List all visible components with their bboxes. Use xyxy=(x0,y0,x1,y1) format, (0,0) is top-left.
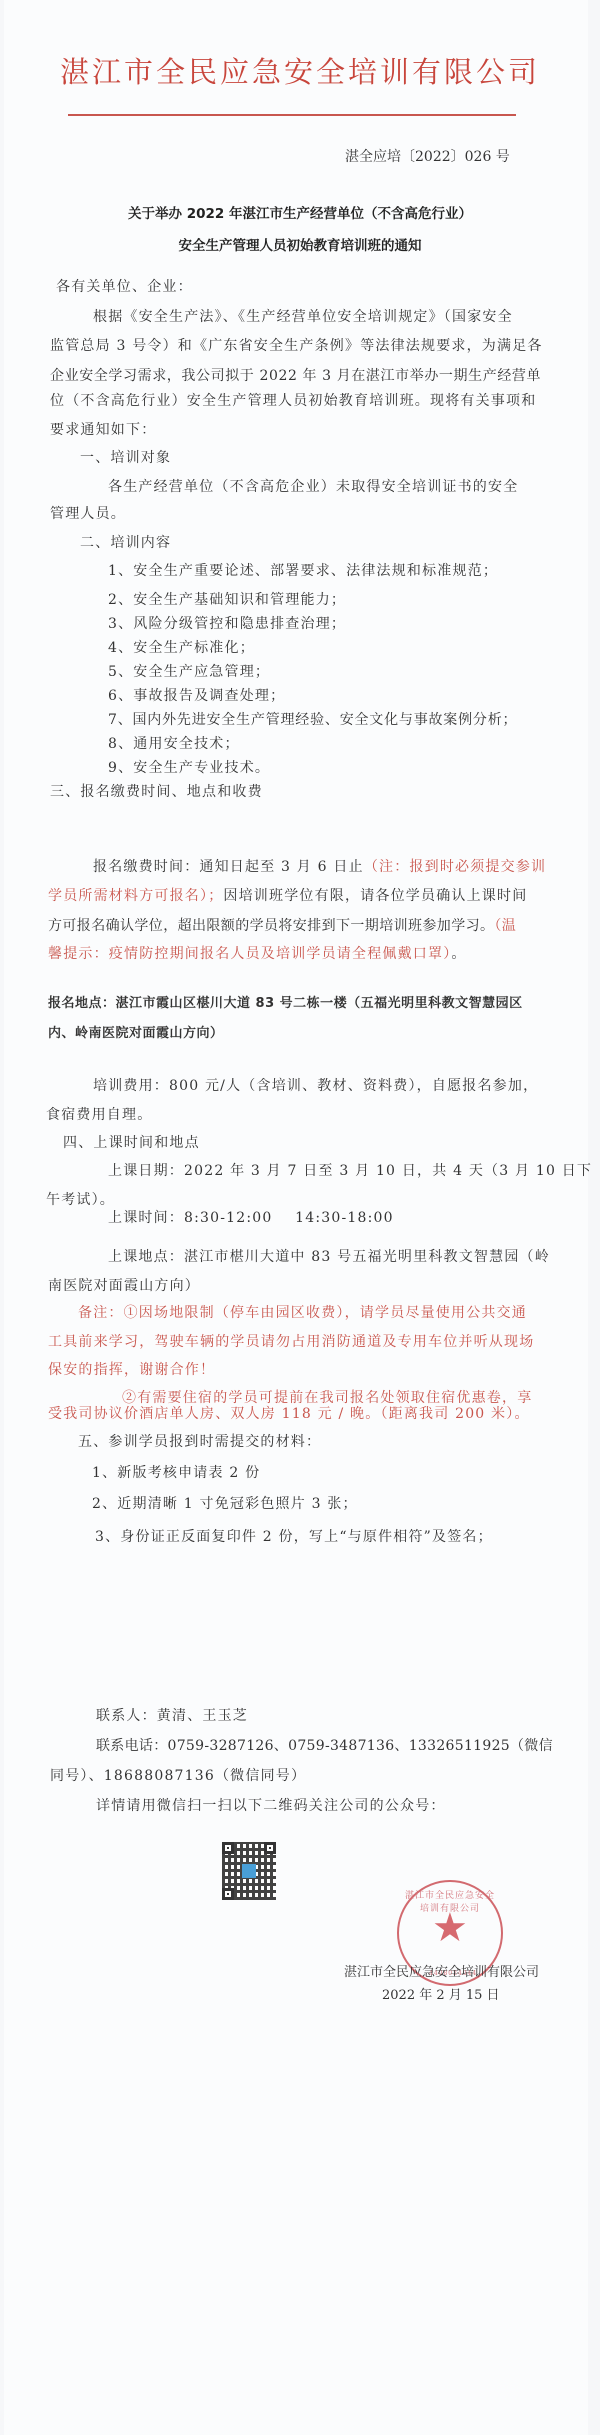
registration-line: 方可报名确认学位，超出限额的学员将安排到下一期培训班参加学习。（温 xyxy=(48,915,516,935)
section-1-body: 管理人员。 xyxy=(50,503,126,523)
material-item: 2、近期清晰 1 寸免冠彩色照片 3 张； xyxy=(92,1493,358,1513)
section-heading-3: 三、报名缴费时间、地点和收费 xyxy=(50,781,263,801)
qr-code-icon[interactable] xyxy=(222,1842,276,1900)
registration-note: 学员所需材料方可报名）； xyxy=(48,888,223,904)
content-item: 7、国内外先进安全生产管理经验、安全文化与事故案例分析； xyxy=(108,709,517,729)
registration-location: 内、岭南医院对面霞山方向） xyxy=(48,1022,224,1041)
notice-title-line1: 关于举办 2022 年湛江市生产经营单位（不含高危行业） xyxy=(0,202,600,222)
class-location: 南医院对面霞山方向） xyxy=(48,1275,200,1295)
qr-logo-icon xyxy=(242,1864,256,1878)
intro-line: 要求通知如下： xyxy=(50,419,156,439)
content-item: 4、安全生产标准化； xyxy=(108,637,255,657)
registration-time: 报名缴费时间：通知日起至 3 月 6 日止（注：报到时必须提交参训 xyxy=(93,856,546,876)
qr-finder-icon xyxy=(264,1842,276,1854)
registration-note: （注：报到时必须提交参训 xyxy=(364,859,546,875)
material-item: 3、身份证正反面复印件 2 份，写上“与原件相符”及签名； xyxy=(95,1526,493,1546)
class-date: 上课日期：2022 年 3 月 7 日至 3 月 10 日，共 4 天（3 月 … xyxy=(108,1160,592,1180)
content-item: 1、安全生产重要论述、部署要求、法律法规和标准规范； xyxy=(108,560,498,580)
content-item: 3、风险分级管控和隐患排查治理； xyxy=(108,613,346,633)
notice-title-line2: 安全生产管理人员初始教育培训班的通知 xyxy=(0,234,600,254)
wechat-instruction: 详情请用微信扫一扫以下二维码关注公司的公众号： xyxy=(96,1795,446,1815)
contact-phone: 联系电话：0759-3287126、0759-3487136、133265119… xyxy=(96,1735,553,1755)
section-heading-2: 二、培训内容 xyxy=(80,532,171,552)
content-item: 2、安全生产基础知识和管理能力； xyxy=(108,589,346,609)
section-heading-5: 五、参训学员报到时需提交的材料： xyxy=(78,1431,321,1451)
remark-1: 工具前来学习，驾驶车辆的学员请勿占用消防通道及专用车位并听从现场 xyxy=(48,1331,534,1351)
signature-date: 2022 年 2 月 15 日 xyxy=(382,1984,500,2003)
signature-company: 湛江市全民应急安全培训有限公司 xyxy=(344,1961,539,1980)
content-item: 5、安全生产应急管理； xyxy=(108,661,270,681)
registration-line: 学员所需材料方可报名）；因培训班学位有限，请各位学员确认上课时间 xyxy=(48,885,527,905)
letterhead-company: 湛江市全民应急安全培训有限公司 xyxy=(0,50,600,91)
remark-2: 受我司协议价酒店单人房、双人房 118 元 / 晚。（距离我司 200 米）。 xyxy=(48,1403,530,1423)
remark-1: 备注：①因场地限制（停车由园区收费），请学员尽量使用公共交通 xyxy=(78,1302,527,1322)
qr-finder-icon xyxy=(222,1888,234,1900)
intro-line: 监管总局 3 号令）和《广东省安全生产条例》等法律法规要求，为满足各 xyxy=(50,335,543,355)
document-number: 湛全应培〔2022〕026 号 xyxy=(345,146,510,166)
section-1-body: 各生产经营单位（不含高危企业）未取得安全培训证书的安全 xyxy=(108,476,518,496)
training-fee: 食宿费用自理。 xyxy=(46,1104,152,1124)
section-heading-4: 四、上课时间和地点 xyxy=(63,1132,200,1152)
class-location: 上课地点：湛江市椹川大道中 83 号五福光明里科教文智慧园（岭 xyxy=(108,1246,550,1266)
letterhead-divider xyxy=(68,114,516,116)
intro-line: 位（不含高危行业）安全生产管理人员初始教育培训班。现将有关事项和 xyxy=(50,390,536,410)
training-fee: 培训费用：800 元/人（含培训、教材、资料费），自愿报名参加， xyxy=(93,1075,538,1095)
section-heading-1: 一、培训对象 xyxy=(80,447,171,467)
intro-line: 根据《安全生产法》、《生产经营单位安全培训规定》（国家安全 xyxy=(93,306,513,326)
content-item: 6、事故报告及调查处理； xyxy=(108,685,285,705)
content-item: 9、安全生产专业技术。 xyxy=(108,757,270,777)
material-item: 1、新版考核申请表 2 份 xyxy=(92,1462,260,1482)
registration-location: 报名地点：湛江市霞山区椹川大道 83 号二栋一楼（五福光明里科教文智慧园区 xyxy=(48,992,523,1011)
class-date: 午考试）。 xyxy=(46,1189,115,1209)
class-time: 上课时间：8:30-12:00 14:30-18:00 xyxy=(108,1207,394,1227)
content-item: 8、通用安全技术； xyxy=(108,733,240,753)
salutation: 各有关单位、企业： xyxy=(56,276,193,296)
covid-reminder: 馨提示：疫情防控期间报名人员及培训学员请全程佩戴口罩）。 xyxy=(48,943,467,963)
contact-persons: 联系人：黄清、王玉芝 xyxy=(96,1705,248,1725)
remark-1: 保安的指挥，谢谢合作！ xyxy=(48,1359,215,1379)
star-icon: ★ xyxy=(432,1908,468,1948)
qr-finder-icon xyxy=(222,1842,234,1854)
intro-line: 企业安全学习需求，我公司拟于 2022 年 3 月在湛江市举办一期生产经营单 xyxy=(50,365,541,385)
contact-phone: 同号）、18688087136（微信同号） xyxy=(50,1765,306,1785)
registration-time-label: 报名缴费时间：通知日起至 3 月 6 日止 xyxy=(93,859,364,875)
